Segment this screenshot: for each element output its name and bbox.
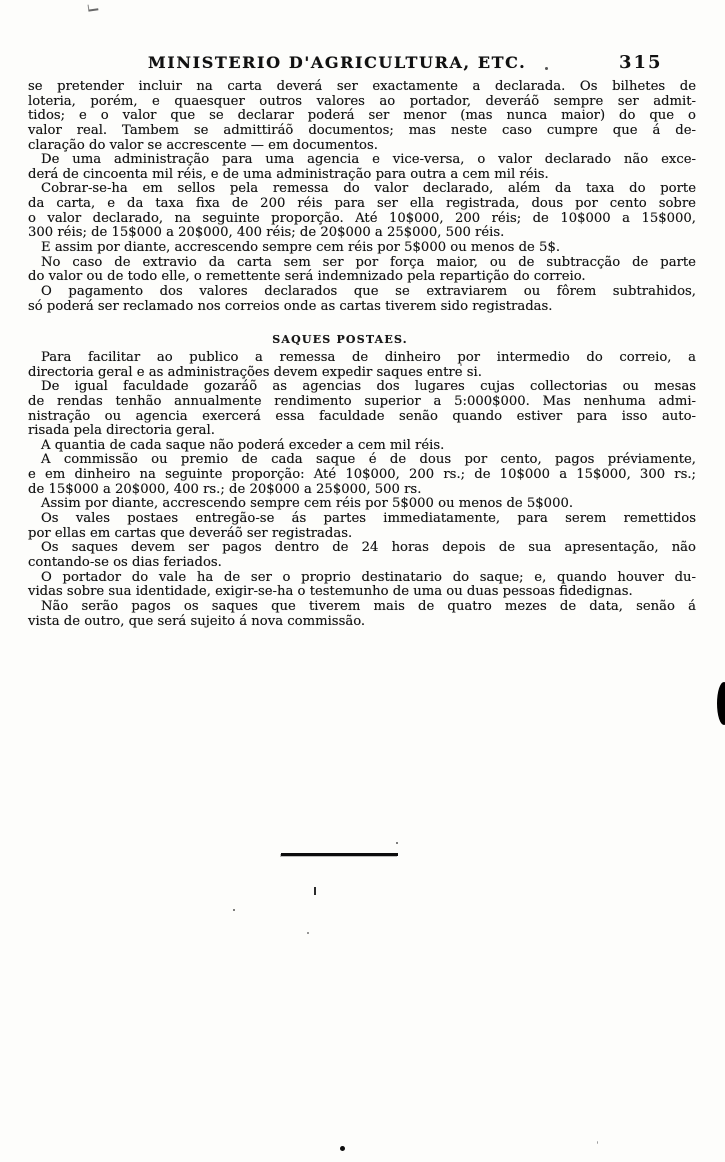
scan-dot (340, 1146, 345, 1151)
text-line: e em dinheiro na seguinte proporção: Até… (28, 468, 696, 483)
body-text-block: se pretender incluir na carta deverá ser… (28, 80, 696, 314)
text-line: Os vales postaes entregão-se ás partes i… (28, 512, 696, 527)
text-line: A commissão ou premio de cada saque é de… (28, 453, 696, 468)
paragraph: Os saques devem ser pagos dentro de 24 h… (28, 541, 696, 570)
text-line: E assim por diante, accrescendo sempre c… (28, 241, 696, 256)
paragraph: No caso de extravio da carta sem ser por… (28, 256, 696, 285)
text-line: tidos; e o valor que se declarar poderá … (28, 109, 696, 124)
scan-speck (597, 1141, 598, 1144)
paragraph: Os vales postaes entregão-se ás partes i… (28, 512, 696, 541)
text-line: risada pela directoria geral. (28, 424, 696, 439)
page-number: 315 (619, 52, 663, 73)
text-line: O portador do vale ha de ser o proprio d… (28, 571, 696, 586)
scan-mark (314, 887, 316, 895)
text-line: Cobrar-se-ha em sellos pela remessa do v… (28, 182, 696, 197)
text-line: contando-se os dias feriados. (28, 556, 696, 571)
divider-rule (281, 853, 398, 856)
text-line: O pagamento dos valores declarados que s… (28, 285, 696, 300)
paragraph: De igual faculdade gozaráõ as agencias d… (28, 380, 696, 439)
text-line: De igual faculdade gozaráõ as agencias d… (28, 380, 696, 395)
text-line: Os saques devem ser pagos dentro de 24 h… (28, 541, 696, 556)
text-line: só poderá ser reclamado nos correios ond… (28, 300, 696, 315)
scan-speck (233, 909, 235, 911)
scan-speck (460, 364, 462, 366)
text-line: do valor ou de todo elle, o remettente s… (28, 270, 696, 285)
paragraph: se pretender incluir na carta deverá ser… (28, 80, 696, 153)
text-line: claração do valor se accrescente — em do… (28, 139, 696, 154)
text-line: vista de outro, que será sujeito á nova … (28, 615, 696, 630)
paragraph: Cobrar-se-ha em sellos pela remessa do v… (28, 182, 696, 241)
section-text-block: Para facilitar ao publico a remessa de d… (28, 351, 696, 629)
paragraph: Para facilitar ao publico a remessa de d… (28, 351, 696, 380)
scan-speck (545, 67, 548, 70)
paragraph: O pagamento dos valores declarados que s… (28, 285, 696, 314)
text-line: Não serão pagos os saques que tiverem ma… (28, 600, 696, 615)
scan-speck (307, 932, 309, 934)
text-line: Assim por diante, accrescendo sempre cem… (28, 497, 696, 512)
running-title: MINISTERIO D'AGRICULTURA, ETC. (148, 53, 470, 72)
text-line: 300 réis; de 15$000 a 20$000, 400 réis; … (28, 226, 696, 241)
scan-speck (396, 842, 398, 844)
scan-corner-mark (88, 3, 99, 11)
paragraph: Não serão pagos os saques que tiverem ma… (28, 600, 696, 629)
paragraph: A commissão ou premio de cada saque é de… (28, 453, 696, 497)
text-line: da carta, e da taxa fixa de 200 réis par… (28, 197, 696, 212)
scanned-book-page: MINISTERIO D'AGRICULTURA, ETC. 315 se pr… (0, 0, 725, 1162)
text-line: se pretender incluir na carta deverá ser… (28, 80, 696, 95)
page-header: MINISTERIO D'AGRICULTURA, ETC. 315 (0, 53, 725, 75)
paragraph: E assim por diante, accrescendo sempre c… (28, 241, 696, 256)
text-line: por ellas em cartas que deveráõ ser regi… (28, 527, 696, 542)
text-line: De uma administração para uma agencia e … (28, 153, 696, 168)
paragraph: O portador do vale ha de ser o proprio d… (28, 571, 696, 600)
ink-blob (717, 682, 725, 725)
text-line: nistração ou agencia exercerá essa facul… (28, 410, 696, 425)
paragraph: De uma administração para uma agencia e … (28, 153, 696, 182)
text-line: Para facilitar ao publico a remessa de d… (28, 351, 696, 366)
section-heading: SAQUES POSTAES. (0, 333, 680, 346)
paragraph: Assim por diante, accrescendo sempre cem… (28, 497, 696, 512)
text-line: vidas sobre sua identidade, exigir-se-ha… (28, 585, 696, 600)
text-line: de rendas tenhão annualmente rendimento … (28, 395, 696, 410)
text-line: valor real. Tambem se admittiráõ documen… (28, 124, 696, 139)
